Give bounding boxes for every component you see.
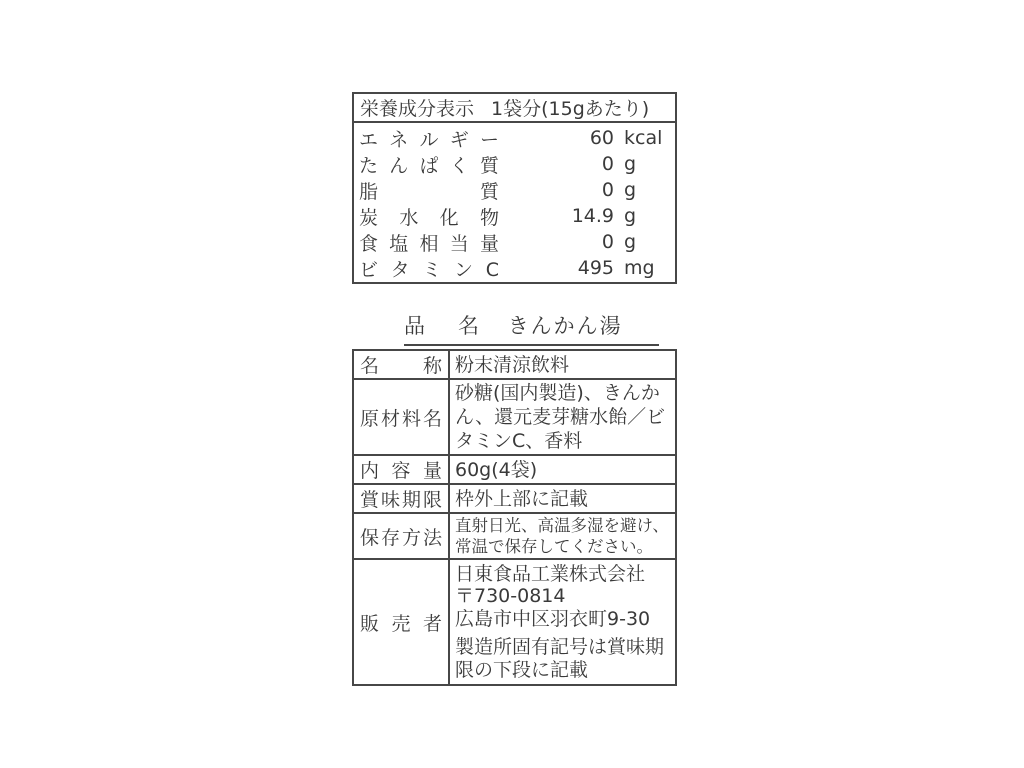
spec-label: 販売者 bbox=[360, 609, 442, 636]
nutrient-label: 炭水化物 bbox=[359, 203, 499, 230]
nutrient-label: ビタミンC bbox=[359, 255, 499, 282]
nutrition-table: 栄養成分表示 1袋分(15gあたり) エネルギー 60 kcal たんぱく質 0… bbox=[352, 92, 677, 284]
spec-label-cell: 原材料名 bbox=[354, 380, 450, 454]
spec-label-cell: 賞味期限 bbox=[354, 485, 450, 512]
spec-label-cell: 販売者 bbox=[354, 560, 450, 684]
spec-row-seller: 販売者 日東食品工業株式会社 〒730-0814 広島市中区羽衣町9-30 製造… bbox=[354, 560, 675, 684]
spec-value-cell: 60g(4袋) bbox=[450, 456, 675, 483]
nutrition-row-vitamin-c: ビタミンC 495 mg bbox=[354, 255, 675, 281]
nutrient-label: 脂質 bbox=[359, 177, 499, 204]
nutrition-header: 栄養成分表示 1袋分(15gあたり) bbox=[354, 94, 675, 123]
nutrition-row-protein: たんぱく質 0 g bbox=[354, 151, 675, 177]
spec-row-net-content: 内容量 60g(4袋) bbox=[354, 456, 675, 485]
spec-row-best-before: 賞味期限 枠外上部に記載 bbox=[354, 485, 675, 514]
nutrient-unit: g bbox=[614, 153, 670, 175]
spec-value: 粉末清涼飲料 bbox=[455, 353, 670, 377]
nutrient-label: エネルギー bbox=[359, 125, 499, 152]
nutrition-title: 栄養成分表示 bbox=[360, 94, 474, 121]
nutrient-value: 0 bbox=[499, 179, 614, 201]
seller-company-line: 日東食品工業株式会社 bbox=[455, 563, 670, 586]
spec-table: 名称 粉末清涼飲料 原材料名 砂糖(国内製造)、きんかん、還元麦芽糖水飴／ビタミ… bbox=[352, 349, 677, 686]
spec-label: 保存方法 bbox=[360, 523, 442, 550]
spec-value: 直射日光、高温多湿を避け、常温で保存してください。 bbox=[455, 515, 670, 557]
nutrition-row-salt: 食塩相当量 0 g bbox=[354, 229, 675, 255]
product-label: 栄養成分表示 1袋分(15gあたり) エネルギー 60 kcal たんぱく質 0… bbox=[0, 0, 1024, 768]
nutrition-body: エネルギー 60 kcal たんぱく質 0 g 脂質 0 g 炭水化物 14.9… bbox=[354, 123, 675, 283]
spec-value-cell: 粉末清涼飲料 bbox=[450, 351, 675, 378]
nutrient-value: 495 bbox=[499, 257, 614, 279]
spec-value-cell: 日東食品工業株式会社 〒730-0814 広島市中区羽衣町9-30 製造所固有記… bbox=[450, 560, 675, 684]
nutrient-value: 14.9 bbox=[499, 205, 614, 227]
nutrition-row-fat: 脂質 0 g bbox=[354, 177, 675, 203]
nutrient-unit: g bbox=[614, 179, 670, 201]
nutrient-label: たんぱく質 bbox=[359, 151, 499, 178]
spec-value-cell: 直射日光、高温多湿を避け、常温で保存してください。 bbox=[450, 514, 675, 558]
spec-value: 砂糖(国内製造)、きんかん、還元麦芽糖水飴／ビタミンC、香料 bbox=[455, 381, 670, 453]
spec-label-cell: 内容量 bbox=[354, 456, 450, 483]
spec-label: 賞味期限 bbox=[360, 485, 442, 512]
seller-factory-code-note: 製造所固有記号は賞味期限の下段に記載 bbox=[455, 636, 670, 681]
spec-value: 枠外上部に記載 bbox=[455, 487, 670, 511]
spec-value-cell: 枠外上部に記載 bbox=[450, 485, 675, 512]
spec-label: 原材料名 bbox=[360, 404, 442, 431]
spec-row-name: 名称 粉末清涼飲料 bbox=[354, 351, 675, 380]
product-name-value: きんかん湯 bbox=[508, 314, 623, 338]
spec-label-cell: 名称 bbox=[354, 351, 450, 378]
nutrient-label: 食塩相当量 bbox=[359, 229, 499, 256]
nutrient-unit: kcal bbox=[614, 127, 670, 149]
seller-address-line: 広島市中区羽衣町9-30 bbox=[455, 608, 670, 631]
spec-label: 内容量 bbox=[360, 456, 442, 483]
seller-postcode-line: 〒730-0814 bbox=[455, 585, 670, 608]
spec-value-cell: 砂糖(国内製造)、きんかん、還元麦芽糖水飴／ビタミンC、香料 bbox=[450, 380, 675, 454]
product-name-label: 品 名 bbox=[404, 314, 485, 338]
nutrition-row-energy: エネルギー 60 kcal bbox=[354, 125, 675, 151]
spec-label-cell: 保存方法 bbox=[354, 514, 450, 558]
nutrition-serving-size: 1袋分(15gあたり) bbox=[491, 94, 649, 121]
spec-row-ingredients: 原材料名 砂糖(国内製造)、きんかん、還元麦芽糖水飴／ビタミンC、香料 bbox=[354, 380, 675, 456]
nutrient-unit: g bbox=[614, 205, 670, 227]
nutrient-value: 60 bbox=[499, 127, 614, 149]
spec-label: 名称 bbox=[360, 351, 442, 378]
nutrient-unit: g bbox=[614, 231, 670, 253]
nutrient-unit: mg bbox=[614, 257, 670, 279]
product-name-heading: 品 名 きんかん湯 bbox=[404, 310, 659, 346]
nutrient-value: 0 bbox=[499, 231, 614, 253]
nutrition-row-carbohydrate: 炭水化物 14.9 g bbox=[354, 203, 675, 229]
nutrient-value: 0 bbox=[499, 153, 614, 175]
spec-value: 60g(4袋) bbox=[455, 458, 670, 482]
spec-row-storage: 保存方法 直射日光、高温多湿を避け、常温で保存してください。 bbox=[354, 514, 675, 560]
